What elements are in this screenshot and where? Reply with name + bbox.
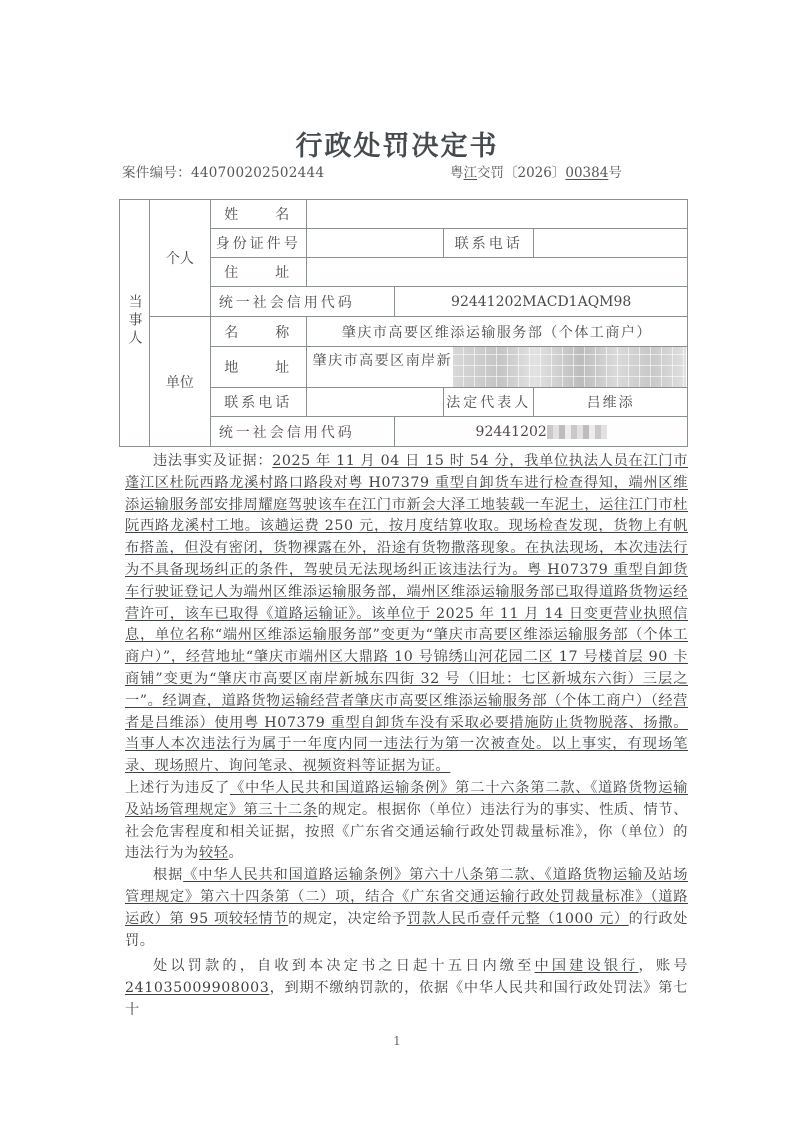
party-table: 当事人 个人 姓 名 身份证件号 联系电话 住 址 统一社会信用代码 92441… [119,199,688,447]
penalty-amount: 罚款人民币壹仟元整（1000 元） [407,911,629,927]
facts-paragraph: 违法事实及证据：2025 年 11 月 04 日 15 时 54 分，我单位执法… [125,451,688,778]
individual-id-value [306,229,444,258]
unit-address-label: 地 址 [210,347,306,388]
penalty-paragraph: 根据《中华人民共和国道路运输条例》第六十八条第二款、《道路货物运输及站场管理规定… [125,865,688,952]
payment-prefix: 处以罚款的，自收到本决定书之日起十五日内缴至 [153,958,534,974]
unit-phone-label: 联系电话 [210,388,306,417]
party-label: 当事人 [124,294,144,348]
page-number: 1 [0,1034,794,1048]
individual-phone-label: 联系电话 [444,229,534,258]
document-page: 行政处罚决定书 案件编号：440700202502444 粤江交罚〔2026〕0… [0,0,794,1123]
unit-phone-value [306,388,444,417]
payment-paragraph: 处以罚款的，自收到本决定书之日起十五日内缴至中国建设银行，账号241035009… [125,956,688,1021]
doc-number-suffix: 号 [608,165,622,181]
redaction-mosaic [453,347,686,387]
doc-number-region: 江 [464,165,478,181]
document-number: 粤江交罚〔2026〕00384号 [450,161,622,181]
unit-address-value: 肇庆市高要区南岸新 [306,347,687,388]
unit-group-label: 单位 [149,317,210,447]
violation-prefix: 上述行为违反了 [125,780,230,796]
severity: 较轻 [199,845,229,861]
case-number: 案件编号：440700202502444 [122,161,324,181]
individual-id-label: 身份证件号 [210,229,306,258]
party-label-cell: 当事人 [120,200,150,447]
account-label: ，账号 [639,958,688,974]
violation-end: 。 [229,845,244,861]
case-number-label: 案件编号： [122,165,191,181]
doc-number-prefix: 粤 [450,165,464,181]
decision-body: 违法事实及证据：2025 年 11 月 04 日 15 时 54 分，我单位执法… [125,451,688,1022]
unit-address-visible: 肇庆市高要区南岸新 [313,350,453,370]
individual-group-label: 个人 [149,200,210,317]
unit-name-value: 肇庆市高要区维添运输服务部（个体工商户） [306,317,687,347]
document-title: 行政处罚决定书 [0,124,794,163]
unit-legal-rep-value: 吕维添 [534,388,688,417]
individual-phone-value [534,229,688,258]
doc-number-mid: 交罚〔2026〕 [477,165,565,181]
individual-credit-code-value: 92441202MACD1AQM98 [395,287,688,317]
unit-credit-code-visible: 92441202 [476,424,547,440]
unit-credit-code-value: 92441202 [395,417,688,447]
individual-name-label: 姓 名 [210,200,306,229]
penalty-mid: 的规定，决定给予 [288,911,407,927]
case-number-value: 440700202502444 [191,165,324,181]
violation-paragraph: 上述行为违反了《中华人民共和国道路运输条例》第二十六条第二款、《道路货物运输及站… [125,778,688,865]
unit-credit-code-label: 统一社会信用代码 [210,417,395,447]
redaction-mosaic [547,425,607,439]
unit-legal-rep-label: 法定代表人 [444,388,534,417]
penalty-prefix: 根据 [153,867,183,883]
unit-name-label: 名 称 [210,317,306,347]
individual-name-value [306,200,687,229]
facts-text: 2025 年 11 月 04 日 15 时 54 分，我单位执法人员在江门市蓬江… [125,453,688,774]
individual-address-value [306,258,687,287]
account-number: 241035009908003 [125,980,269,996]
individual-credit-code-label: 统一社会信用代码 [210,287,395,317]
facts-label: 违法事实及证据： [153,453,272,469]
bank-name: 中国建设银行 [534,958,638,974]
doc-number-serial: 00384 [565,165,608,181]
individual-address-label: 住 址 [210,258,306,287]
